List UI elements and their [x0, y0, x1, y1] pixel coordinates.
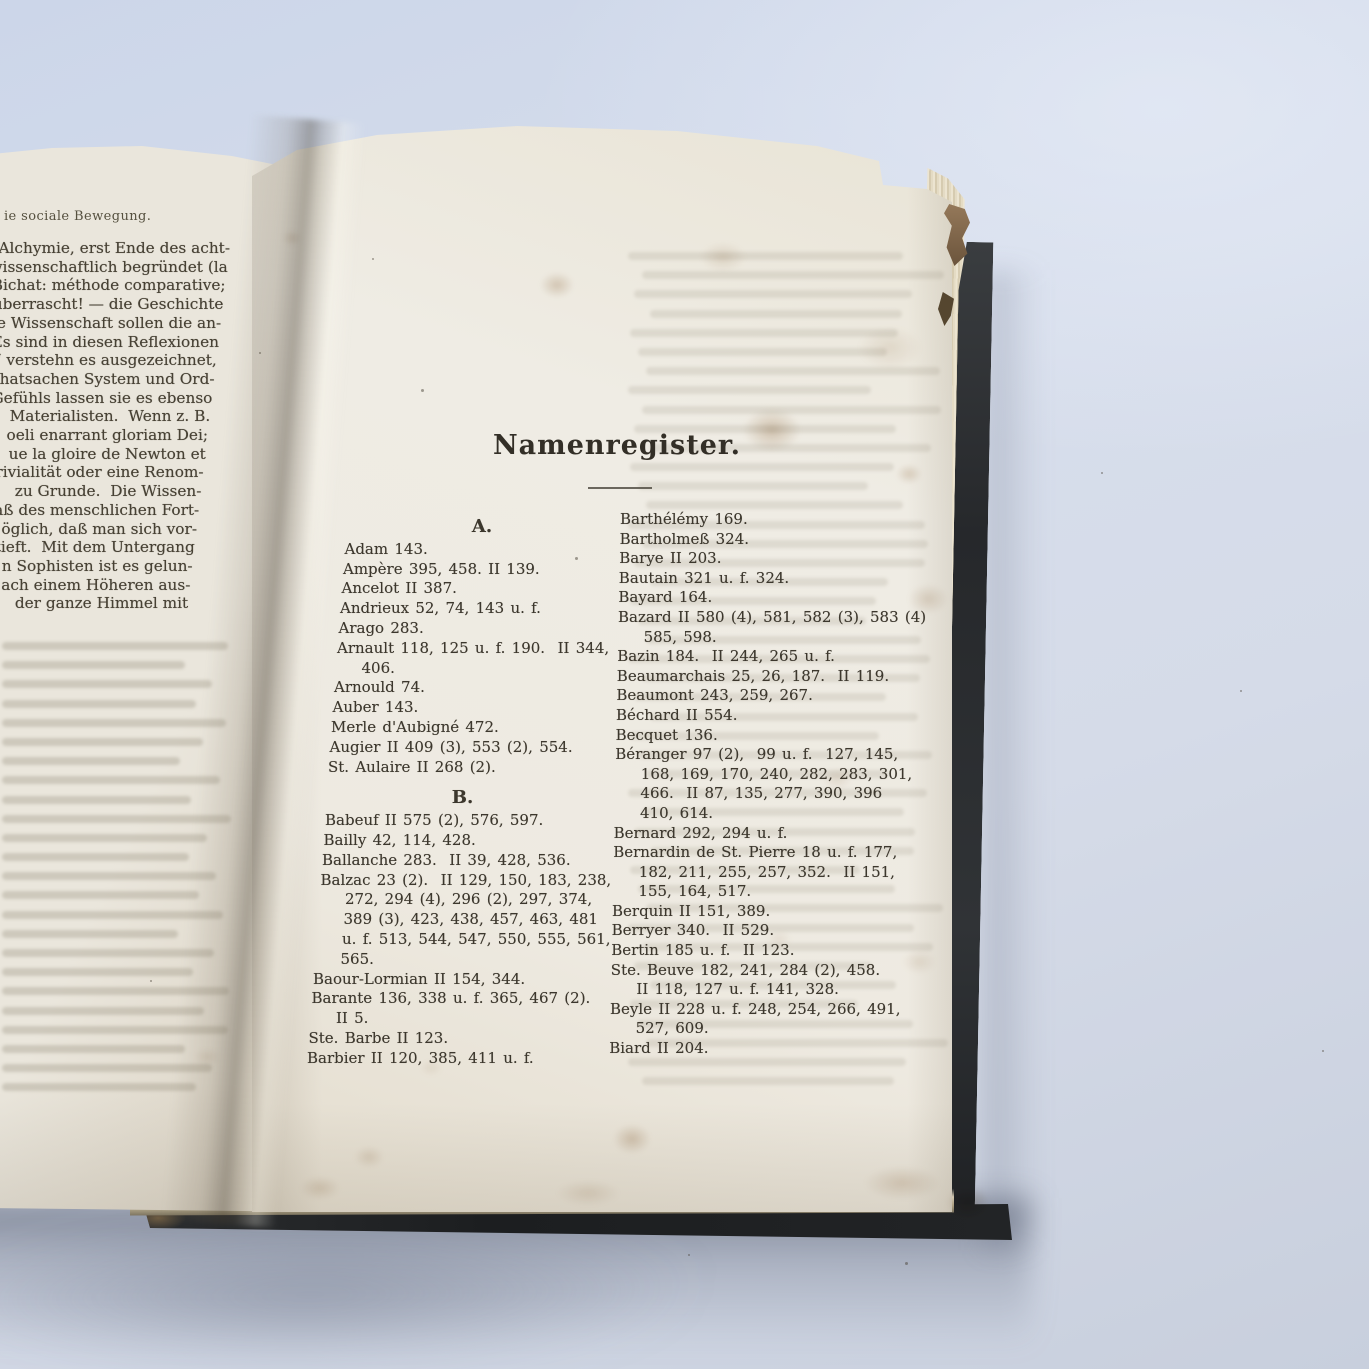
show-through-line: [2, 987, 229, 995]
index-entry-line: Arnault 118, 125 u. f. 190. II 344,: [337, 639, 609, 659]
index-entry-line: 466. II 87, 135, 277, 390, 396: [614, 784, 936, 804]
index-entry-line: Bailly 42, 114, 428.: [324, 831, 596, 851]
left-page-text-line: rivialität oder eine Renom-: [0, 463, 204, 482]
index-entry-line: Bazard II 580 (4), 581, 582 (3), 583 (4): [618, 608, 940, 628]
index-entry-line: Ste. Barbe II 123.: [309, 1029, 581, 1049]
show-through-line: [2, 834, 207, 842]
show-through-line: [628, 1058, 906, 1066]
show-through-line: [642, 271, 944, 279]
index-entry-line: Berquin II 151, 389.: [612, 902, 934, 922]
index-entry-line: Biard II 204.: [609, 1039, 931, 1059]
show-through-line: [2, 911, 223, 919]
show-through-line: [650, 310, 902, 318]
dust-speck: [1322, 1050, 1324, 1052]
left-page-text-line: sier wissenschaftlich begründet (la: [0, 258, 228, 277]
index-entry-line: Barbier II 120, 385, 411 u. f.: [307, 1049, 579, 1069]
index-entry-line: St. Aulaire II 268 (2).: [328, 758, 600, 778]
foxing-stain: [858, 326, 922, 370]
index-entry-line: 389 (3), 423, 438, 457, 463, 481: [318, 910, 590, 930]
foxing-stain: [908, 584, 948, 614]
foxing-stain: [902, 950, 936, 974]
index-entry-line: 410, 614.: [614, 804, 936, 824]
show-through-line: [2, 700, 196, 708]
left-page-text-line: n Sophisten ist es gelun-: [0, 557, 193, 576]
index-entry-line: A.: [346, 517, 618, 537]
left-page-text-line: der ganze Himmel mit: [0, 594, 188, 613]
foxing-stain: [194, 1048, 220, 1066]
show-through-line: [2, 757, 180, 765]
index-entry-line: 155, 164, 517.: [612, 882, 934, 902]
show-through-line: [2, 891, 199, 899]
dust-speck: [421, 389, 424, 392]
index-entry-line: 182, 211, 255, 257, 352. II 151,: [613, 863, 935, 883]
foxing-stain: [946, 1186, 990, 1220]
show-through-line: [628, 252, 903, 260]
index-entry-line: Barthélémy 169.: [620, 510, 942, 530]
foxing-stain: [354, 1146, 384, 1168]
index-entry-line: II 118, 127 u. f. 141, 328.: [610, 980, 932, 1000]
index-entry-line: Ancelot II 387.: [342, 579, 614, 599]
foxing-stain: [300, 1176, 340, 1200]
foxing-stain: [766, 930, 792, 948]
show-through-line: [2, 719, 226, 727]
left-page-text-line: s Gefühls lassen sie es ebenso: [0, 389, 212, 408]
index-entry-line: Arago 283.: [339, 619, 611, 639]
index-entry-line: Balzac 23 (2). II 129, 150, 183, 238,: [321, 871, 593, 891]
foxing-stain: [556, 1180, 620, 1206]
index-entry-line: Beaumarchais 25, 26, 187. II 119.: [617, 667, 939, 687]
left-page-text-line: tieft. Mit dem Untergang: [0, 538, 195, 557]
index-entry-line: Auber 143.: [333, 698, 605, 718]
left-page-text-line: er Alchymie, erst Ende des acht-: [0, 239, 230, 258]
show-through-line: [646, 501, 903, 509]
index-entry-line: 565.: [315, 950, 587, 970]
dust-speck: [575, 557, 578, 560]
show-through-line: [638, 482, 868, 490]
index-entry-line: 272, 294 (4), 296 (2), 297, 374,: [319, 890, 591, 910]
left-page-text-line: ue la gloire de Newton et: [0, 445, 206, 464]
index-entry-line: Bazin 184. II 244, 265 u. f.: [617, 647, 939, 667]
dust-speck: [372, 258, 374, 260]
left-page-text-line: n“ verstehn es ausgezeichnet,: [0, 351, 217, 370]
left-page-text-line: Es sind in diesen Reflexionen: [0, 333, 219, 352]
index-entry-line: Augier II 409 (3), 553 (2), 554.: [330, 738, 602, 758]
show-through-line: [630, 463, 894, 471]
show-through-line: [634, 290, 912, 298]
index-entry-line: Beyle II 228 u. f. 248, 254, 266, 491,: [610, 1000, 932, 1020]
show-through-line: [2, 1083, 196, 1091]
left-page-text-line: oeli enarrant gloriam Dei;: [0, 426, 208, 445]
show-through-line: [2, 968, 193, 976]
dust-speck: [1240, 690, 1242, 692]
show-through-line: [2, 815, 231, 823]
show-through-line: [2, 1026, 228, 1034]
index-entry-line: Bernardin de St. Pierre 18 u. f. 177,: [613, 843, 935, 863]
index-entry-line: Bernard 292, 294 u. f.: [614, 824, 936, 844]
index-entry-line: Ste. Beuve 182, 241, 284 (2), 458.: [611, 961, 933, 981]
index-entry-line: Béranger 97 (2), 99 u. f. 127, 145,: [615, 745, 937, 765]
index-entry-line: 585, 598.: [618, 628, 940, 648]
left-page-text-line: neue Wissenschaft sollen die an-: [0, 314, 221, 333]
index-entry-line: Bayard 164.: [618, 588, 940, 608]
foxing-stain: [420, 1060, 442, 1076]
left-page-text-line: ßen überrascht! — die Geschichte: [0, 295, 223, 314]
photo-stage: ie sociale Bewegung. er Alchymie, erst E…: [0, 0, 1369, 1369]
show-through-line: [2, 872, 216, 880]
show-through-line: [2, 776, 220, 784]
dust-speck: [150, 980, 152, 982]
show-through-line: [2, 1045, 185, 1053]
foxing-stain: [896, 464, 922, 484]
book-shadow-right: [984, 270, 1040, 1250]
index-entry-line: Bautain 321 u. f. 324.: [619, 569, 941, 589]
index-entry-line: Ampère 395, 458. II 139.: [343, 560, 615, 580]
foxing-stain: [282, 230, 302, 246]
index-entry-line: 168, 169, 170, 240, 282, 283, 301,: [615, 765, 937, 785]
show-through-line: [2, 1007, 204, 1015]
show-through-line: [2, 949, 214, 957]
left-page-text-line: öglich, daß man sich vor-: [0, 520, 197, 539]
foxing-stain: [743, 408, 801, 452]
show-through-line: [2, 661, 185, 669]
dust-speck: [905, 1262, 908, 1265]
index-entry-line: Babeuf II 575 (2), 576, 597.: [325, 811, 597, 831]
dust-speck: [688, 1254, 690, 1256]
index-entry-line: u. f. 513, 544, 547, 550, 555, 561,: [316, 930, 588, 950]
index-entry-line: II 5.: [310, 1009, 582, 1029]
show-through-line: [638, 348, 887, 356]
index-entry-line: Bartholmeß 324.: [620, 530, 942, 550]
show-through-line: [2, 738, 203, 746]
index-entry-line: B.: [327, 788, 599, 808]
left-page-text-column: er Alchymie, erst Ende des acht-sier wis…: [0, 239, 230, 613]
index-entry-line: Merle d'Aubigné 472.: [331, 718, 603, 738]
index-entry-line: Barye II 203.: [619, 549, 941, 569]
index-entry-line: Ballanche 283. II 39, 428, 536.: [322, 851, 594, 871]
show-through-line: [642, 1077, 894, 1085]
index-entry-line: Béchard II 554.: [616, 706, 938, 726]
foxing-stain: [700, 242, 746, 272]
show-through-line: [642, 406, 941, 414]
foxing-stain: [822, 768, 852, 790]
index-entry-line: Barante 136, 338 u. f. 365, 467 (2).: [312, 989, 584, 1009]
left-page-text-line: laß des menschlichen Fort-: [0, 501, 199, 520]
show-through-line: [630, 329, 898, 337]
left-page-text-line: Materialisten. Wenn z. B.: [0, 407, 210, 426]
foxing-stain: [540, 272, 574, 298]
title-divider-rule: [588, 487, 652, 489]
index-entry-line: 527, 609.: [610, 1019, 932, 1039]
book-shadow-left: [0, 1225, 723, 1365]
left-page-show-through: [2, 642, 242, 1103]
show-through-line: [2, 853, 189, 861]
index-column-left: A.Adam 143.Ampère 395, 458. II 139.Ancel…: [346, 506, 618, 1069]
left-page-text-line: zu Grunde. Die Wissen-: [0, 482, 201, 501]
left-page-text-line: h Bichat: méthode comparative;: [0, 276, 226, 295]
index-column-right: Barthélémy 169.Bartholmeß 324.Barye II 2…: [620, 510, 942, 1059]
left-page-running-header: ie sociale Bewegung.: [4, 209, 151, 224]
index-entry-line: Baour-Lormian II 154, 344.: [313, 970, 585, 990]
show-through-line: [2, 796, 191, 804]
show-through-line: [2, 930, 178, 938]
index-entry-line: 406.: [336, 659, 608, 679]
dust-speck: [1101, 472, 1103, 474]
page-title: Namenregister.: [452, 430, 782, 461]
index-entry-line: Andrieux 52, 74, 143 u. f.: [340, 599, 612, 619]
left-page-text-line: ach einem Höheren aus-: [0, 576, 190, 595]
index-entry-line: Becquet 136.: [616, 726, 938, 746]
index-entry-line: Beaumont 243, 259, 267.: [616, 686, 938, 706]
show-through-line: [2, 642, 228, 650]
index-entry-line: Arnould 74.: [334, 678, 606, 698]
show-through-line: [2, 1064, 212, 1072]
show-through-line: [2, 680, 212, 688]
dust-speck: [259, 352, 261, 354]
foxing-stain: [613, 1124, 651, 1154]
left-page-text-line: Thatsachen System und Ord-: [0, 370, 215, 389]
show-through-line: [628, 386, 871, 394]
foxing-stain: [864, 1166, 940, 1200]
